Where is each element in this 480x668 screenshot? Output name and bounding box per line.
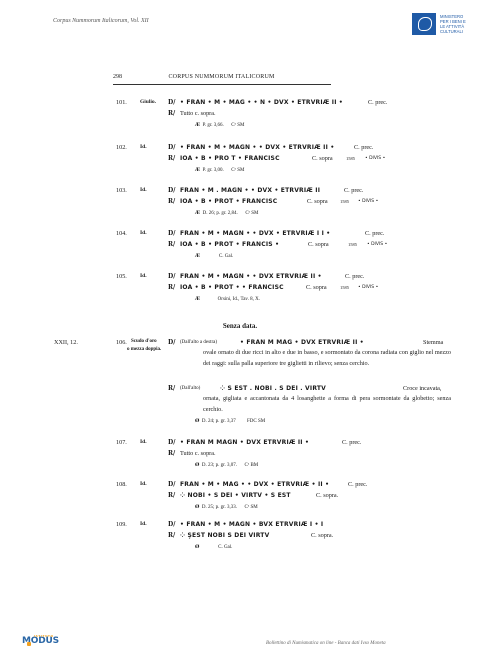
metal-symbol: Æ — [195, 210, 200, 216]
entry-meta: P. gr. 3,00. — [203, 168, 224, 173]
obverse-legend: • FRAN • M • MAGN • • DVX • ETRVRIÆ II • — [180, 144, 334, 151]
obverse-note: C. prec. — [345, 273, 364, 280]
entry-number: 107. — [116, 439, 127, 446]
entry-denomination: Id. — [140, 521, 147, 527]
entry-meta: D. 24; p. gr. 3,37 — [202, 419, 236, 424]
entry-denomination: Scudo d'oro — [131, 339, 157, 344]
entry-number: 109. — [116, 521, 127, 528]
obverse-prefix: (Dall'alto a destra) — [180, 340, 217, 345]
logo-dot-icon — [27, 642, 31, 646]
entry-denomination: Id. — [140, 230, 147, 236]
reverse-legend: ⁘ NOBI • S DEI • VIRTV • S EST — [180, 492, 291, 499]
section-title: Senza data. — [0, 322, 480, 330]
entry-denomination-line2: o mezza doppia. — [127, 347, 161, 352]
entry-collection: Cᵃ BM — [245, 463, 259, 468]
entry-meta: D. 23; p. gr. 3,07. — [202, 463, 237, 468]
obverse-legend: FRAN • M • MAGN • • DVX • ETRVRIÆ I I • — [180, 230, 330, 237]
reverse-symbol: R/ — [168, 155, 175, 162]
reverse-note: C. sopra. — [316, 492, 338, 499]
reverse-note: C. sopra — [306, 284, 327, 291]
obverse-legend: FRAN • M • MAG • • DVX • ETRVRIÆ • II • — [180, 481, 329, 488]
reverse-date: 1585 — [340, 199, 349, 204]
obverse-symbol: D/ — [168, 521, 175, 528]
entry-meta: P. gr. 3,66. — [203, 123, 224, 128]
obverse-note: C. prec. — [365, 230, 384, 237]
entry-meta: Orsini, Id., Tav. 8, X. — [218, 297, 260, 302]
reverse-note: C. sopra — [308, 241, 329, 248]
entry-meta: D. 25; p. gr. 3,33. — [202, 505, 237, 510]
reverse-note: C. sopra — [307, 198, 328, 205]
entry-meta: C. Gal. — [219, 254, 233, 259]
entry-collection: Cᵃ SM — [231, 168, 244, 173]
entry-collection: Cᵃ SM — [245, 211, 258, 216]
reverse-note: C. sopra. — [311, 532, 333, 539]
reverse-symbol: R/ — [168, 241, 175, 248]
obverse-legend: FRAN • M • MAGN • • DVX ETRVRIÆ II • — [180, 273, 322, 280]
entry-number: 108. — [116, 481, 127, 488]
footer-text: Bollettino di Numismatica on line - Banc… — [266, 641, 386, 646]
entry-number: 105. — [116, 273, 127, 280]
reverse-legend: IOA • B • PROT • • FRANCISC — [180, 284, 284, 291]
running-title: CORPUS NUMMORUM ITALICORUM — [113, 74, 330, 80]
obverse-legend: FRAN • M . MAGN • • DVX • ETRVRIÆ II — [180, 187, 320, 194]
reverse-symbol: R/ — [168, 110, 175, 117]
obverse-note: C. prec. — [348, 481, 367, 488]
reverse-legend: Tutto c. sopra. — [180, 110, 216, 117]
reverse-date: 1585 — [340, 285, 349, 290]
metal-symbol: Æ — [195, 167, 200, 173]
reverse-legend: IOA • B • PROT • FRANCIS • — [180, 241, 279, 248]
reverse-legend: Tutto c. sopra. — [180, 450, 216, 457]
obverse-symbol: D/ — [168, 273, 175, 280]
obverse-note: C. prec. — [342, 439, 361, 446]
entry-meta: C. Gal. — [218, 545, 232, 550]
obverse-symbol: D/ — [168, 439, 175, 446]
metal-symbol: Ø — [195, 418, 199, 424]
obverse-symbol: D/ — [168, 481, 175, 488]
obverse-legend: • FRAN • M • MAGN • BVX ETRVRIÆ I • I — [180, 521, 323, 528]
reverse-tail: • DIVIS • — [358, 199, 378, 204]
obverse-note: C. prec. — [368, 99, 387, 106]
entry-denomination: Giulio. — [140, 99, 156, 105]
entry-number: 101. — [116, 99, 127, 106]
metal-symbol: Æ — [195, 296, 200, 302]
obverse-symbol: D/ — [168, 339, 175, 346]
entry-denomination: Id. — [140, 481, 147, 487]
footer-logo-small: ISTITUTO — [34, 634, 54, 638]
head-rule — [113, 84, 331, 85]
obverse-description: ovale ornato di due ricci in alto e due … — [203, 348, 451, 369]
obverse-note: C. prec. — [344, 187, 363, 194]
entry-collection: Cᵃ SM — [231, 123, 244, 128]
reverse-prefix: (Dall'alto) — [180, 386, 200, 391]
entry-number: 106. — [116, 339, 127, 346]
metal-symbol: Ø — [195, 462, 199, 468]
entry-meta: D. 26; p. gr. 2,84. — [203, 211, 238, 216]
obverse-legend: • FRAN • M • MAG • • N • DVX • ETRVRIÆ I… — [180, 99, 343, 106]
reverse-legend: ⁘ ŞEST NOBI S DEI VIRTV — [180, 532, 269, 539]
reverse-symbol: R/ — [168, 532, 175, 539]
reverse-legend: ⁘ S EST . NOBI . S DEI . VIRTV — [220, 385, 326, 392]
metal-symbol: Æ — [195, 122, 200, 128]
entry-collection: FDC SM — [247, 419, 265, 424]
entry-number: 102. — [116, 144, 127, 151]
reverse-symbol: R/ — [168, 198, 175, 205]
metal-symbol: Ø — [195, 544, 199, 550]
obverse-symbol: D/ — [168, 230, 175, 237]
entry-number: 104. — [116, 230, 127, 237]
obverse-note: C. prec. — [354, 144, 373, 151]
ministry-logo: MINISTERO PER I BENI E LE ATTIVITÀ CULTU… — [412, 13, 466, 35]
reverse-symbol: R/ — [168, 284, 175, 291]
reverse-legend: IOA • B • PRO T • FRANCISC — [180, 155, 280, 162]
obverse-legend: • FRAN M MAG • DVX ETRVRIÆ II • — [240, 339, 364, 346]
reverse-symbol: R/ — [168, 492, 175, 499]
entry-collection: Cᵃ SM — [245, 505, 258, 510]
obverse-symbol: D/ — [168, 144, 175, 151]
reverse-tail: • DIVIS • — [367, 242, 387, 247]
footer-logo: ISTITUTO MODUS — [22, 636, 59, 646]
entry-denomination: Id. — [140, 439, 147, 445]
obverse-symbol: D/ — [168, 187, 175, 194]
plate-reference: XXII, 12. — [54, 339, 78, 346]
obverse-desc-start: Stemma — [423, 339, 443, 346]
obverse-symbol: D/ — [168, 99, 175, 106]
reverse-tail: • DIVIS • — [358, 285, 378, 290]
reverse-symbol: R/ — [168, 450, 175, 457]
reverse-date: 1585 — [346, 156, 355, 161]
ministry-text: MINISTERO PER I BENI E LE ATTIVITÀ CULTU… — [440, 14, 466, 34]
entry-denomination: Id. — [140, 187, 147, 193]
metal-symbol: Æ — [195, 253, 200, 259]
reverse-description: ornata, gigliata e accantonata da 4 losa… — [203, 394, 451, 415]
reverse-note: C. sopra — [312, 155, 333, 162]
reverse-symbol: R/ — [168, 385, 175, 392]
reverse-date: 1585 — [348, 242, 357, 247]
entry-denomination: Id. — [140, 273, 147, 279]
entry-number: 103. — [116, 187, 127, 194]
top-caption: Corpus Nummorum Italicorum, Vol. XII — [53, 18, 149, 24]
reverse-desc-start: Croce incavata, — [403, 385, 441, 392]
reverse-legend: IOA • B • PROT • FRANCISC — [180, 198, 277, 205]
obverse-legend: • FRAN M MAGN • DVX ETRVRIÆ II • — [180, 439, 309, 446]
reverse-tail: • DIVIS • — [365, 156, 385, 161]
metal-symbol: Ø — [195, 504, 199, 510]
ministry-emblem-icon — [412, 13, 436, 35]
entry-denomination: Id. — [140, 144, 147, 150]
